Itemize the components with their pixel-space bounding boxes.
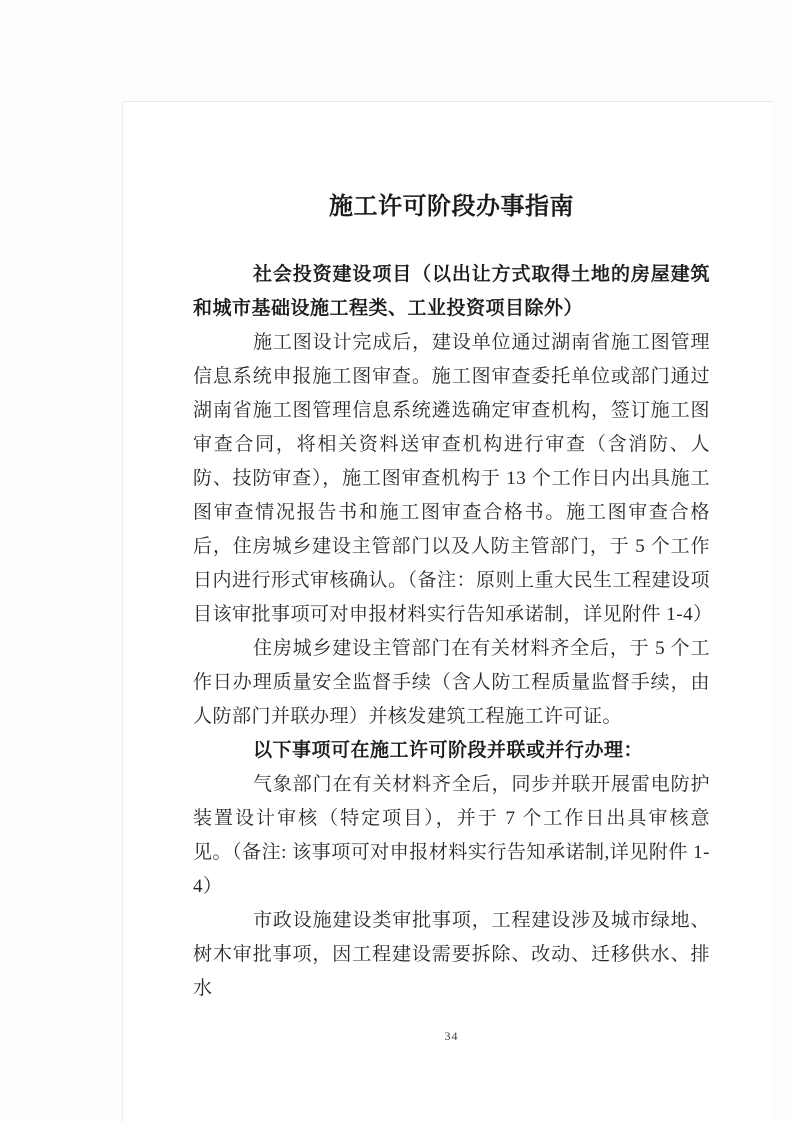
page-number: 34 — [193, 1028, 710, 1044]
paragraph-construction-permit-issue: 住房城乡建设主管部门在有关材料齐全后，于 5 个工作日办理质量安全监督手续（含人… — [193, 632, 710, 734]
paragraph-construction-drawing-review: 施工图设计完成后，建设单位通过湖南省施工图管理信息系统申报施工图审查。施工图审查… — [193, 326, 710, 632]
text-column: 施工许可阶段办事指南 社会投资建设项目（以出让方式取得土地的房屋建筑和城市基础设… — [123, 194, 773, 1044]
paragraph-intro-bold: 社会投资建设项目（以出让方式取得土地的房屋建筑和城市基础设施工程类、工业投资项目… — [193, 258, 710, 326]
section-heading-parallel-items: 以下事项可在施工许可阶段并联或并行办理： — [193, 734, 710, 768]
page-title: 施工许可阶段办事指南 — [193, 194, 710, 220]
document-page: 施工许可阶段办事指南 社会投资建设项目（以出让方式取得土地的房屋建筑和城市基础设… — [122, 101, 773, 1122]
paragraph-lightning-protection-review: 气象部门在有关材料齐全后，同步并联开展雷电防护装置设计审核（特定项目），并于 7… — [193, 768, 710, 904]
paragraph-municipal-facilities: 市政设施建设类审批事项，工程建设涉及城市绿地、树木审批事项，因工程建设需要拆除、… — [193, 904, 710, 1006]
